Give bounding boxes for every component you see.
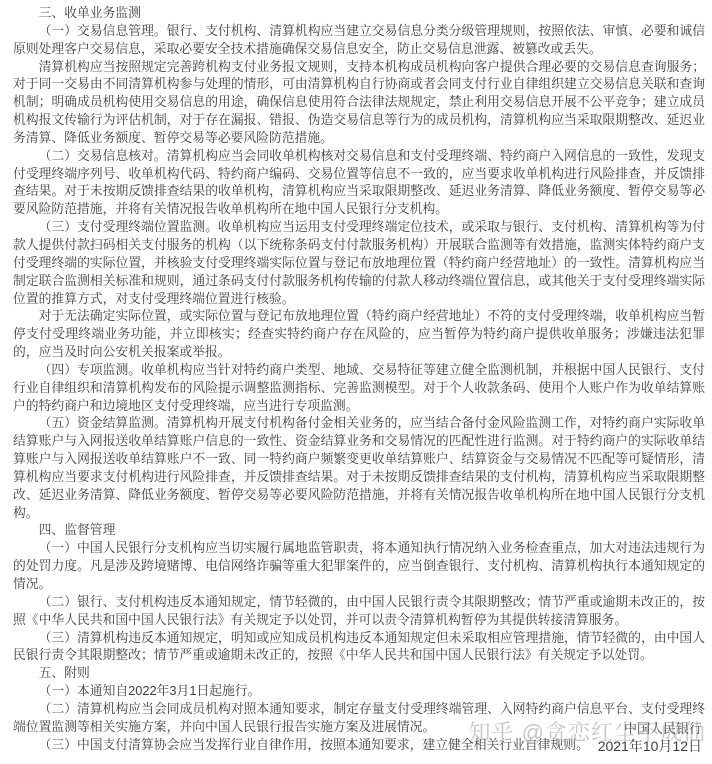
paragraph: （三）清算机构违反本通知规定，明知或应知成员机构违反本通知规定但未采取相应管理措…: [13, 629, 705, 665]
notice-body: 三、收单业务监测 （一）交易信息管理。银行、支付机构、清算机构应当建立交易信息分…: [0, 0, 712, 753]
section-heading: 三、收单业务监测: [13, 4, 705, 22]
section-heading: 五、附则: [13, 664, 705, 682]
paragraph: （二）银行、支付机构违反本通知规定，情节轻微的，由中国人民银行责令其限期整改；情…: [13, 593, 705, 629]
paragraph: 对于无法确定实际位置，或实际位置与登记布放地理位置（特约商户经营地址）不符的支付…: [13, 307, 705, 361]
paragraph: （四）专项监测。收单机构应当针对特约商户类型、地域、交易特征等建立健全监测机制，…: [13, 361, 705, 415]
issuer-name: 中国人民银行: [598, 720, 702, 737]
paragraph: （一）交易信息管理。银行、支付机构、清算机构应当建立交易信息分类分级管理规则，按…: [13, 22, 705, 58]
notice-document-page: 三、收单业务监测 （一）交易信息管理。银行、支付机构、清算机构应当建立交易信息分…: [0, 0, 712, 764]
paragraph: （一）本通知自2022年3月1日起施行。: [13, 682, 705, 700]
paragraph: （二）交易信息核对。清算机构应当会同收单机构核对交易信息和支付受理终端、特约商户…: [13, 147, 705, 218]
signature-block: 中国人民银行 2021年10月12日: [598, 720, 702, 756]
paragraph: （五）资金结算监测。清算机构开展支付机构备付金相关业务的，应当结合备付金风险监测…: [13, 414, 705, 521]
section-heading: 四、监督管理: [13, 521, 705, 539]
issue-date: 2021年10月12日: [598, 737, 702, 756]
paragraph: 清算机构应当按照规定完善跨机构支付业务报文规则，支持本机构成员机构向客户提供合理…: [13, 58, 705, 147]
paragraph: （一）中国人民银行分支机构应当切实履行属地监管职责，将本通知执行情况纳入业务检查…: [13, 539, 705, 593]
paragraph: （三）支付受理终端位置监测。收单机构应当运用支付受理终端定位技术，或采取与银行、…: [13, 218, 705, 307]
